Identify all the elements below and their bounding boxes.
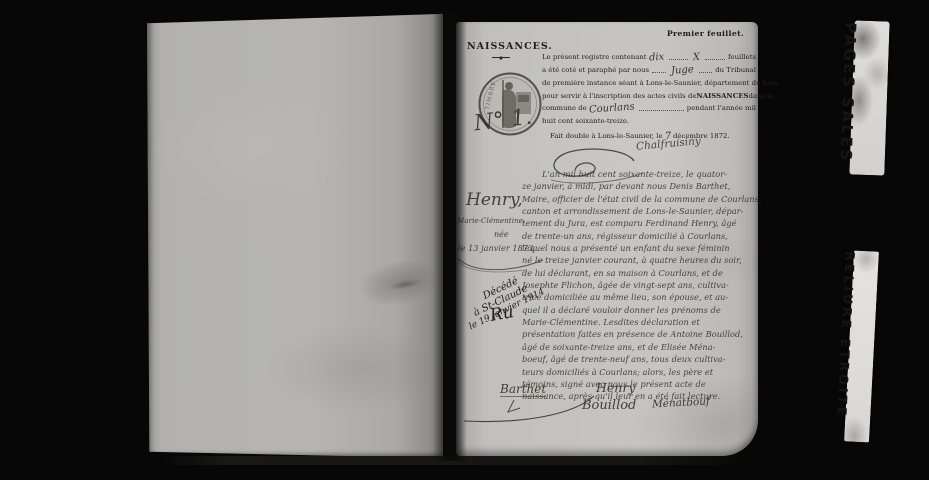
act-line: Marie-Clémentine. Lesdites déclaration e… — [522, 316, 756, 328]
preamble-text: huit cent soixante-treize. — [542, 117, 629, 125]
preamble-text: feuillets — [728, 53, 756, 61]
left-blank-page — [147, 13, 443, 458]
handwritten-fill-judge: Juge — [670, 64, 693, 77]
preamble-line: de première instance séant à Lons-le-Sau… — [542, 74, 756, 87]
act-line: présentation faites en présence de Antoi… — [522, 328, 756, 340]
preamble-keyword: NAISSANCES — [696, 92, 748, 100]
preamble-text: dans la — [748, 92, 773, 100]
preamble-text: a été coté et paraphé par nous — [542, 66, 649, 74]
blank-rule — [705, 59, 725, 60]
margin-birthdate: le 13 janvier 1873. — [458, 243, 536, 253]
blank-rule — [699, 72, 713, 73]
act-line: ze janvier, à midi, par devant nous Deni… — [522, 180, 756, 192]
birth-record-page: Premier feuillet. NAISSANCES. TIMBRE Le … — [456, 22, 758, 456]
handwritten-fill-sheets: dix — [648, 51, 664, 63]
sticker-pages-sales-label: PAGES SALES — [837, 22, 860, 163]
act-line: teurs domiciliés à Courlans; alors, les … — [522, 366, 756, 378]
signature-bouillod: Bouillod — [582, 398, 636, 413]
act-line: trice domiciliée au même lieu, son épous… — [522, 291, 756, 303]
preamble-text: de première instance séant à Lons-le-Sau… — [542, 79, 779, 87]
preamble-text: Fait double à Lons-le-Saunier, le — [550, 132, 663, 140]
blank-rule — [652, 72, 666, 73]
folio-header: Premier feuillet. — [667, 29, 744, 38]
register-scan-photo: Premier feuillet. NAISSANCES. TIMBRE Le … — [0, 0, 929, 480]
act-line: Maire, officier de l'état civil de la co… — [522, 193, 756, 205]
handwritten-fill-numeral: X — [693, 52, 701, 63]
act-line: né le treize janvier courant, à quatre h… — [522, 254, 756, 266]
preamble-text: pendant l'année mil — [687, 104, 756, 112]
preamble-text: du Tribunal — [715, 66, 756, 74]
section-title: NAISSANCES. — [467, 41, 553, 52]
act-line: témoins, signé avec nous le présent acte… — [522, 378, 756, 390]
signature-menatbouf: Ménatbouf — [652, 395, 710, 410]
ornament-dash — [492, 57, 510, 58]
act-line: lequel nous a présenté un enfant du sexe… — [522, 242, 756, 254]
signature-henry: Henry — [596, 380, 635, 395]
preamble-line: Le présent registre contenant dix X feui… — [542, 48, 756, 61]
signature-barthet: Barthet — [500, 382, 546, 397]
margin-surname: Henry, — [466, 190, 523, 210]
preamble-line: huit cent soixante-treize. — [542, 112, 756, 125]
preamble-text: Le présent registre contenant — [542, 53, 647, 61]
ink-smudge — [356, 254, 443, 312]
act-line: boeuf, âgé de trente-neuf ans, tous deux… — [522, 353, 756, 365]
preamble-line: commune de Courlans pendant l'année mil — [542, 100, 756, 113]
book-gutter-shadow — [433, 12, 467, 461]
death-note-initials: Ru — [488, 302, 515, 326]
closing-line: Fait double à Lons-le-Saunier, le 7 déce… — [542, 127, 756, 140]
sticker-reliure-etroite-label: RELIURE ETROITE — [834, 251, 858, 419]
preamble-text: pour servir à l'inscription des actes ci… — [542, 92, 696, 100]
preamble-text: commune de — [542, 104, 587, 112]
act-line: tement du Jura, est comparu Ferdinand He… — [522, 217, 756, 229]
act-line: L'an mil huit cent soixante-treize, le q… — [522, 168, 756, 180]
blank-rule — [639, 110, 683, 111]
act-line: canton et arrondissement de Lons-le-Saun… — [522, 205, 756, 217]
act-line: âgé de soixante-treize ans, et de Elisée… — [522, 341, 756, 353]
margin-born-label: née — [494, 230, 509, 239]
sticker-pages-sales: PAGES SALES — [849, 20, 889, 175]
act-line: de trente-un ans, régisseur domicilié à … — [522, 230, 756, 242]
act-line: quel il a déclaré vouloir donner les pré… — [522, 304, 756, 316]
printed-preamble: Le présent registre contenant dix X feui… — [542, 48, 756, 140]
sticker-reliure-etroite: RELIURE ETROITE — [844, 250, 879, 442]
preamble-line: pour servir à l'inscription des actes ci… — [542, 87, 756, 100]
margin-firstnames: Marie-Clémentine, — [457, 216, 525, 225]
blank-rule — [669, 59, 689, 60]
